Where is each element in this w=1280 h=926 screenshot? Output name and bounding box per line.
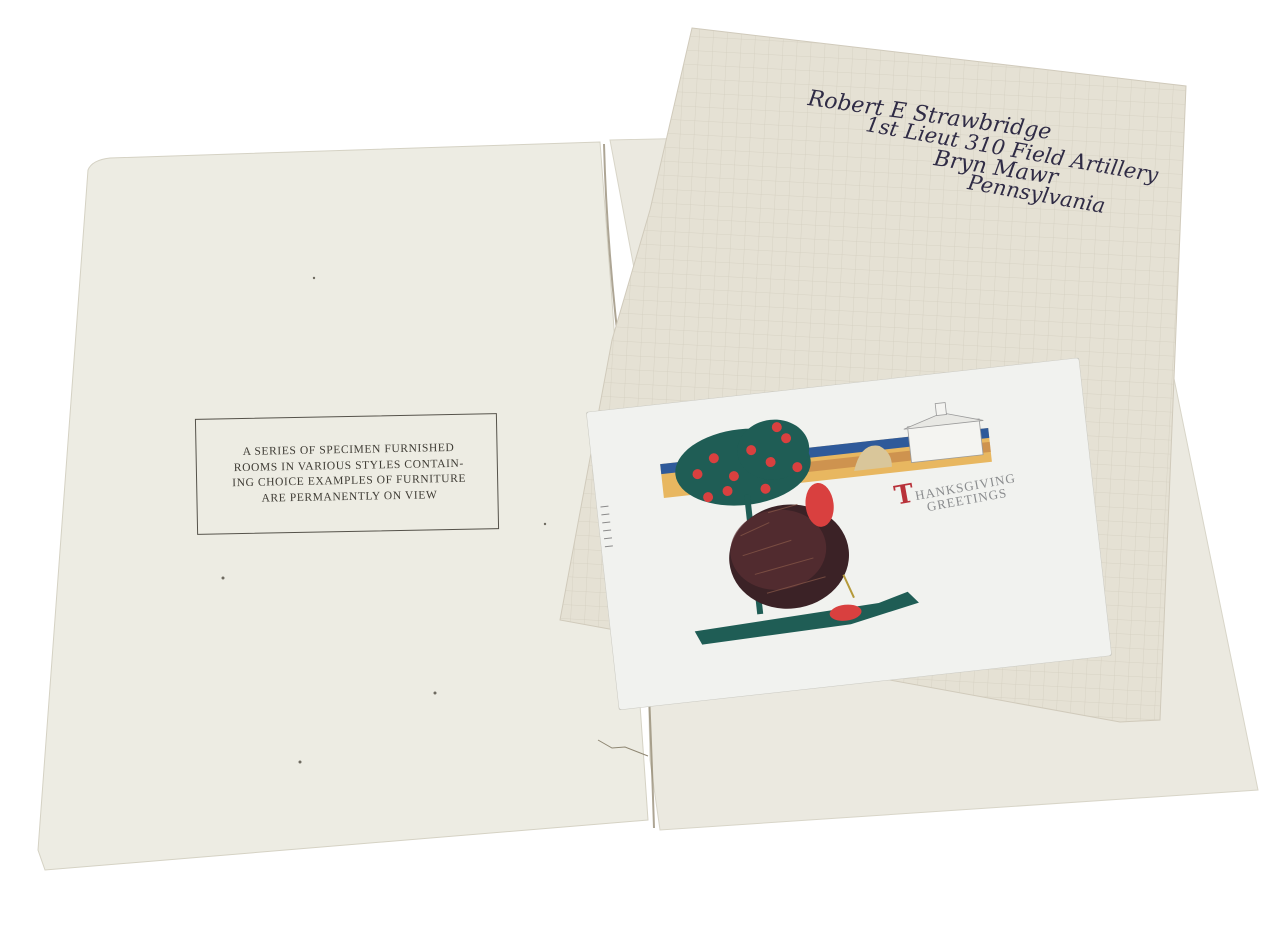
thanksgiving-postcard: THANKSGIVING GREETINGS [586, 358, 1112, 711]
postcard-card [586, 358, 1112, 711]
